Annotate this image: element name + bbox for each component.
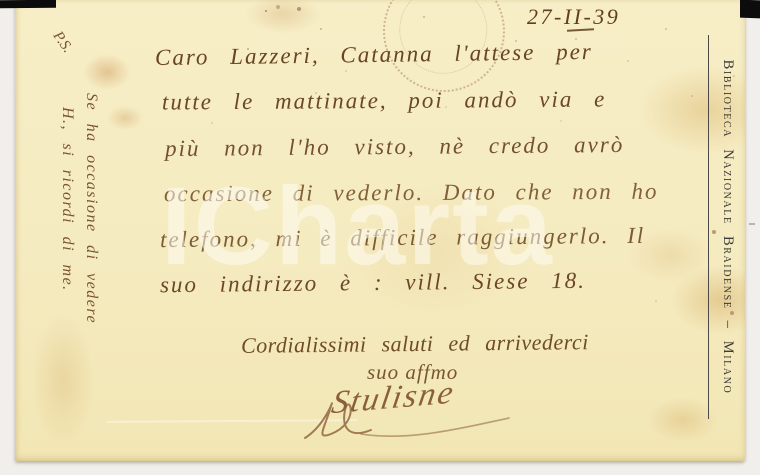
handwritten-date: 27-II-39: [527, 4, 620, 30]
roman-numeral-underline: [567, 28, 594, 31]
message-line: Caro Lazzeri, Catanna l'attese per: [155, 39, 593, 71]
margin-note-line: H., si ricordi di me.: [55, 93, 79, 393]
margin-ps-note: Se ha occasione di vedere H., si ricordi…: [55, 93, 103, 393]
message-line: suo indirizzo è : vill. Siese 18.: [160, 268, 586, 298]
message-line: telefono, mi è difficile raggiungerlo. I…: [160, 223, 645, 253]
message-line: occasione di vederlo. Dato che non ho: [164, 179, 659, 208]
postcard-scan: 27-II-39 Caro Lazzeri, Catanna l'attese …: [0, 0, 760, 475]
message-line: tutte le mattinate, poi andò via e: [162, 86, 606, 115]
ps-label: P.S.: [49, 29, 76, 57]
scan-edge-artifact-right: [740, 0, 760, 18]
message-line: più non l'ho visto, nè credo avrò: [165, 132, 624, 162]
scan-edge-dust: [749, 223, 755, 225]
library-imprint-vertical: Biblioteca Nazionale Braidense – Milano: [708, 35, 738, 419]
margin-note-line: Se ha occasione di vedere: [79, 93, 103, 393]
closing-line: Cordialissimi saluti ed arrivederci: [241, 329, 589, 359]
postcard: 27-II-39 Caro Lazzeri, Catanna l'attese …: [15, 0, 745, 461]
scan-edge-artifact-left: [0, 0, 56, 8]
